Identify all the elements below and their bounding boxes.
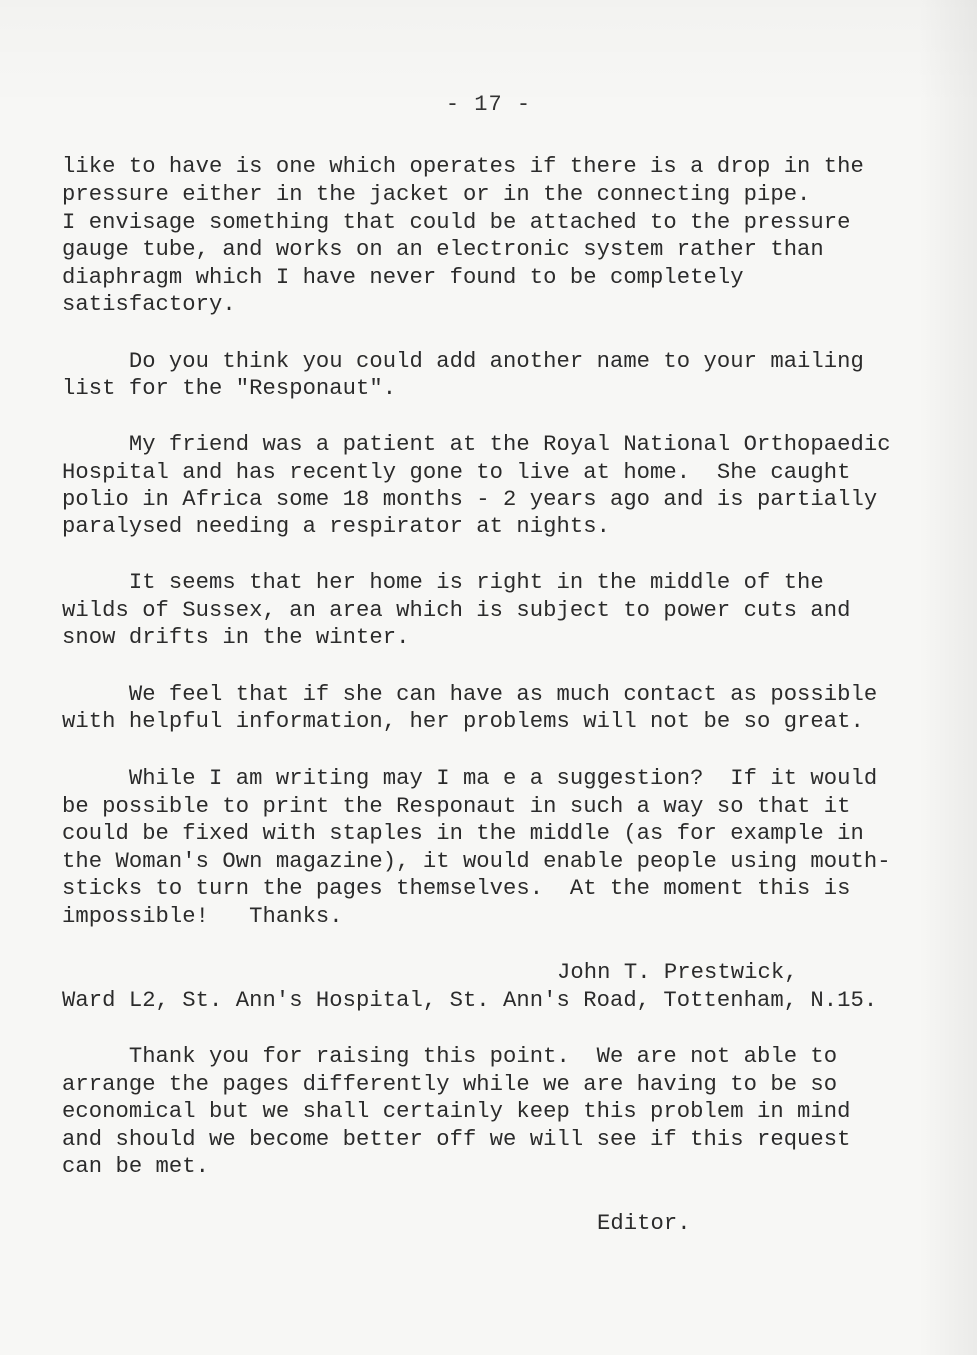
signature-address: Ward L2, St. Ann's Hospital, St. Ann's R… [62,987,877,1015]
text-line: with helpful information, her problems w… [62,708,864,736]
text-line: the Woman's Own magazine), it would enab… [62,848,891,876]
text-line: While I am writing may I ma e a suggesti… [62,765,877,793]
text-line: like to have is one which operates if th… [62,153,864,181]
text-line: We feel that if she can have as much con… [62,681,877,709]
signature-name: John T. Prestwick, [557,959,798,987]
text-line: snow drifts in the winter. [62,624,409,652]
text-line: My friend was a patient at the Royal Nat… [62,431,891,459]
text-line: Thank you for raising this point. We are… [62,1043,837,1071]
text-line: gauge tube, and works on an electronic s… [62,236,824,264]
document-page: - 17 - like to have is one which operate… [0,0,977,1355]
text-line: polio in Africa some 18 months - 2 years… [62,486,877,514]
text-line: Hospital and has recently gone to live a… [62,459,851,487]
text-line: I envisage something that could be attac… [62,209,851,237]
text-line: sticks to turn the pages themselves. At … [62,875,851,903]
text-line: can be met. [62,1153,209,1181]
text-line: arrange the pages differently while we a… [62,1071,837,1099]
text-line: be possible to print the Responaut in su… [62,793,851,821]
text-line: list for the "Responaut". [62,375,396,403]
text-line: pressure either in the jacket or in the … [62,181,810,209]
text-line: It seems that her home is right in the m… [62,569,824,597]
text-line: Do you think you could add another name … [62,348,864,376]
text-line: and should we become better off we will … [62,1126,851,1154]
page-number: - 17 - [0,92,977,117]
text-line: could be fixed with staples in the middl… [62,820,864,848]
text-line: economical but we shall certainly keep t… [62,1098,851,1126]
text-line: impossible! Thanks. [62,903,343,931]
text-line: wilds of Sussex, an area which is subjec… [62,597,851,625]
text-line: satisfactory. [62,291,236,319]
text-line: diaphragm which I have never found to be… [62,264,744,292]
editor-signature: Editor. [597,1210,691,1238]
text-line: paralysed needing a respirator at nights… [62,513,610,541]
